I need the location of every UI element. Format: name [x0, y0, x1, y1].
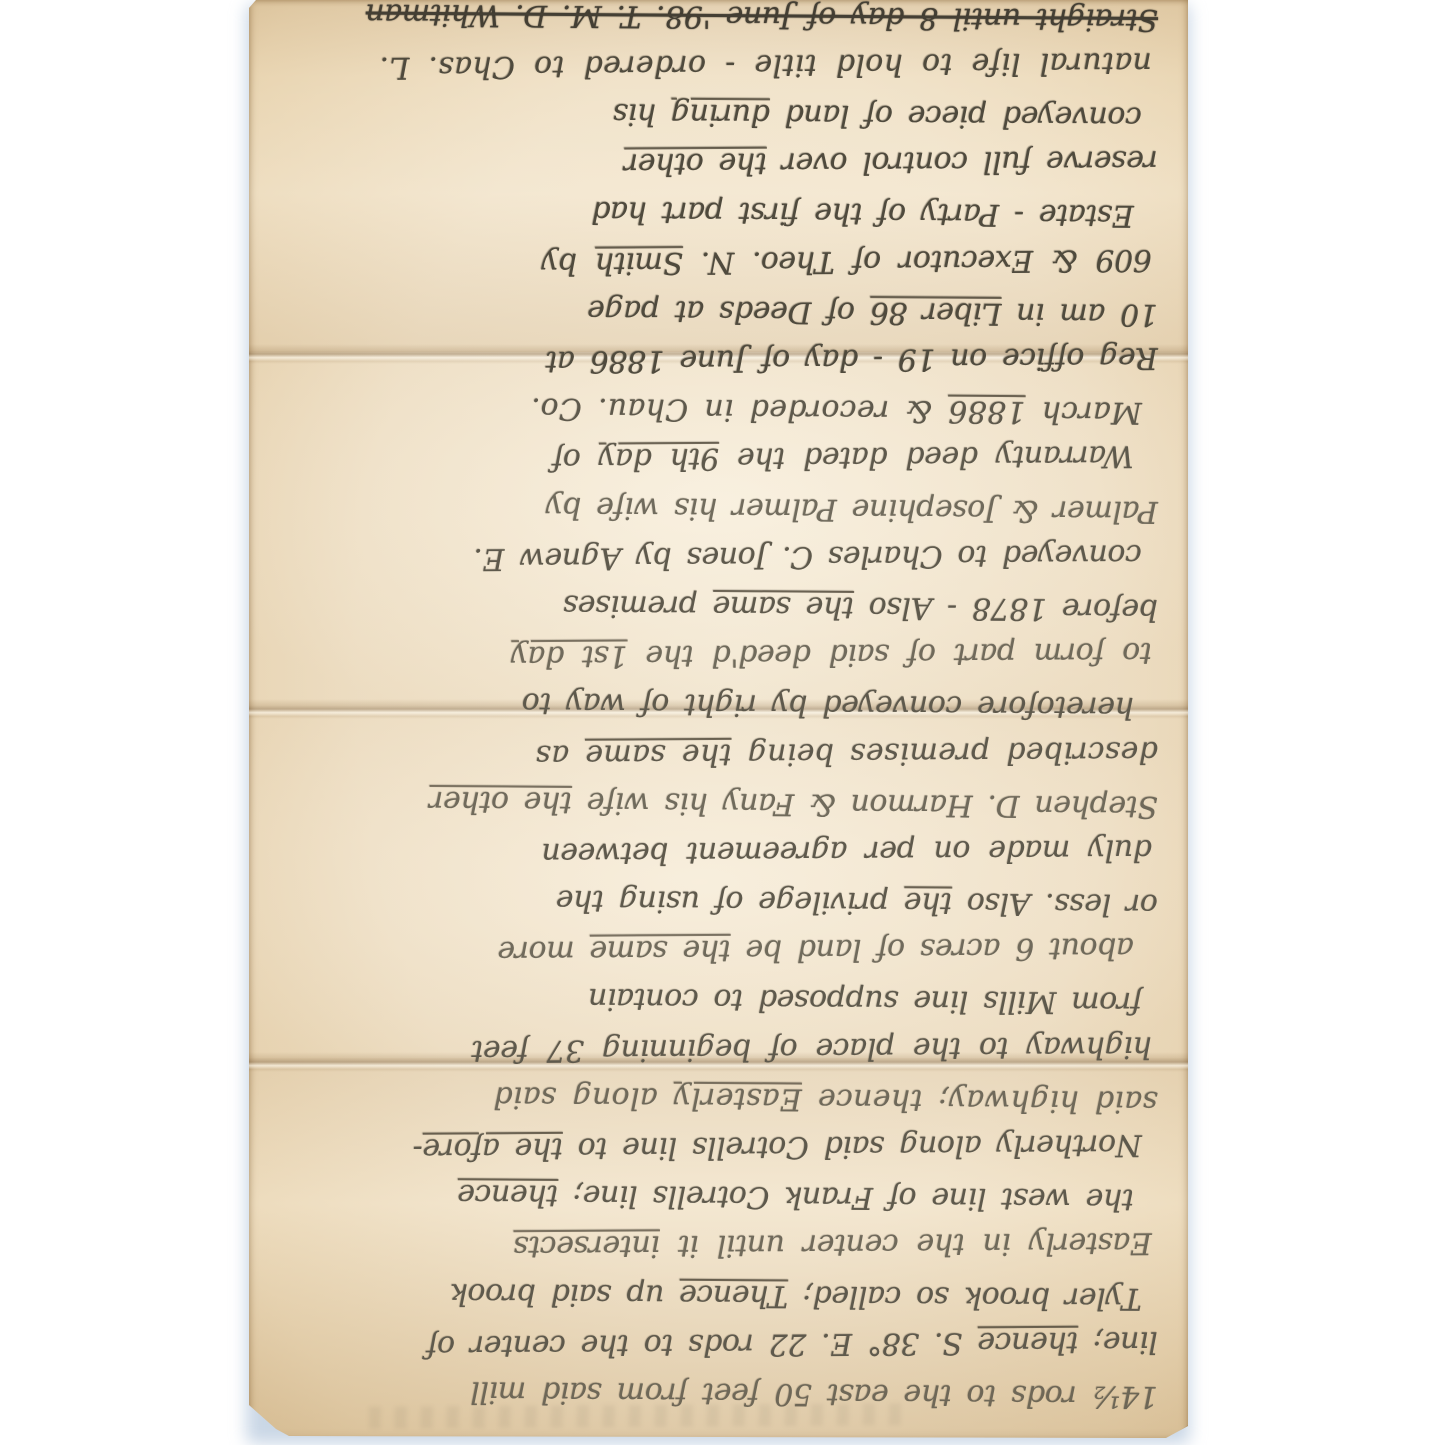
handwriting-line: before 1878 - Also the same premises [275, 579, 1158, 634]
handwriting-line: to form part of said deed'd the 1st day [275, 628, 1152, 683]
scan-backdrop: 14½ rods to the east 50 feet from said m… [0, 0, 1445, 1445]
handwriting-line: Tyler brook so called; Thence up said br… [275, 1267, 1142, 1322]
handwriting-line: Stephen D. Harmon & Fany his wife the ot… [275, 775, 1158, 830]
handwriting-line: line; thence S. 38° E. 22 rods to the ce… [275, 1317, 1158, 1372]
handwriting-line: said highway; thence Easterly along said [275, 1071, 1158, 1126]
handwriting-line: Easterly in the center until it intersec… [275, 1219, 1152, 1274]
handwriting-line: about 6 acres of land be the same more [275, 924, 1134, 978]
handwriting-lines: 14½ rods to the east 50 feet from said m… [275, 0, 1158, 1418]
handwriting-line: heretofore conveyed by right of way to [275, 677, 1134, 732]
handwriting-line: conveyed piece of land during his [275, 87, 1142, 142]
handwriting-line: Reg office on 19 - day of June 1886 at [275, 333, 1158, 388]
handwriting-line: natural life to hold title - ordered to … [275, 38, 1152, 93]
handwriting-line: Palmer & Josephine Palmer his wife by [275, 480, 1158, 535]
handwriting-line: duly made on per agreement between [275, 825, 1152, 880]
handwriting-line: reserve full control over the other [275, 136, 1158, 191]
handwriting-line: or less. Also the privilege of using the [275, 874, 1158, 929]
handwriting-line: March 1886 & recorded in Chau. Co. [275, 382, 1142, 437]
handwriting-line: Northerly along said Cotrells line to th… [275, 1120, 1142, 1174]
handwriting-line: from Mills line supposed to contain [275, 972, 1142, 1027]
handwriting-line: 10 am in Liber 86 of Deeds at page [275, 284, 1158, 339]
handwriting-line: Estate - Party of the first part had [275, 185, 1134, 240]
handwriting-line: 609 & Executor of Theo. N. Smith by [275, 235, 1152, 290]
handwriting-line: Warranty deed dated the 9th day of [275, 432, 1134, 486]
handwriting-line: highway to the place of beginning 37 fee… [275, 1022, 1152, 1077]
handwriting-line: the west line of Frank Cotrells line; th… [275, 1169, 1134, 1224]
pencil-smudge [369, 1403, 909, 1429]
handwriting-line: conveyed to Charles C. Jones by Agnew E. [275, 530, 1142, 584]
handwriting-line: Straight until 8 day of June '98. T. M. … [275, 0, 1158, 44]
handwriting-line: described premises being the same as [275, 727, 1158, 782]
folded-letter-sheet: 14½ rods to the east 50 feet from said m… [249, 0, 1188, 1441]
